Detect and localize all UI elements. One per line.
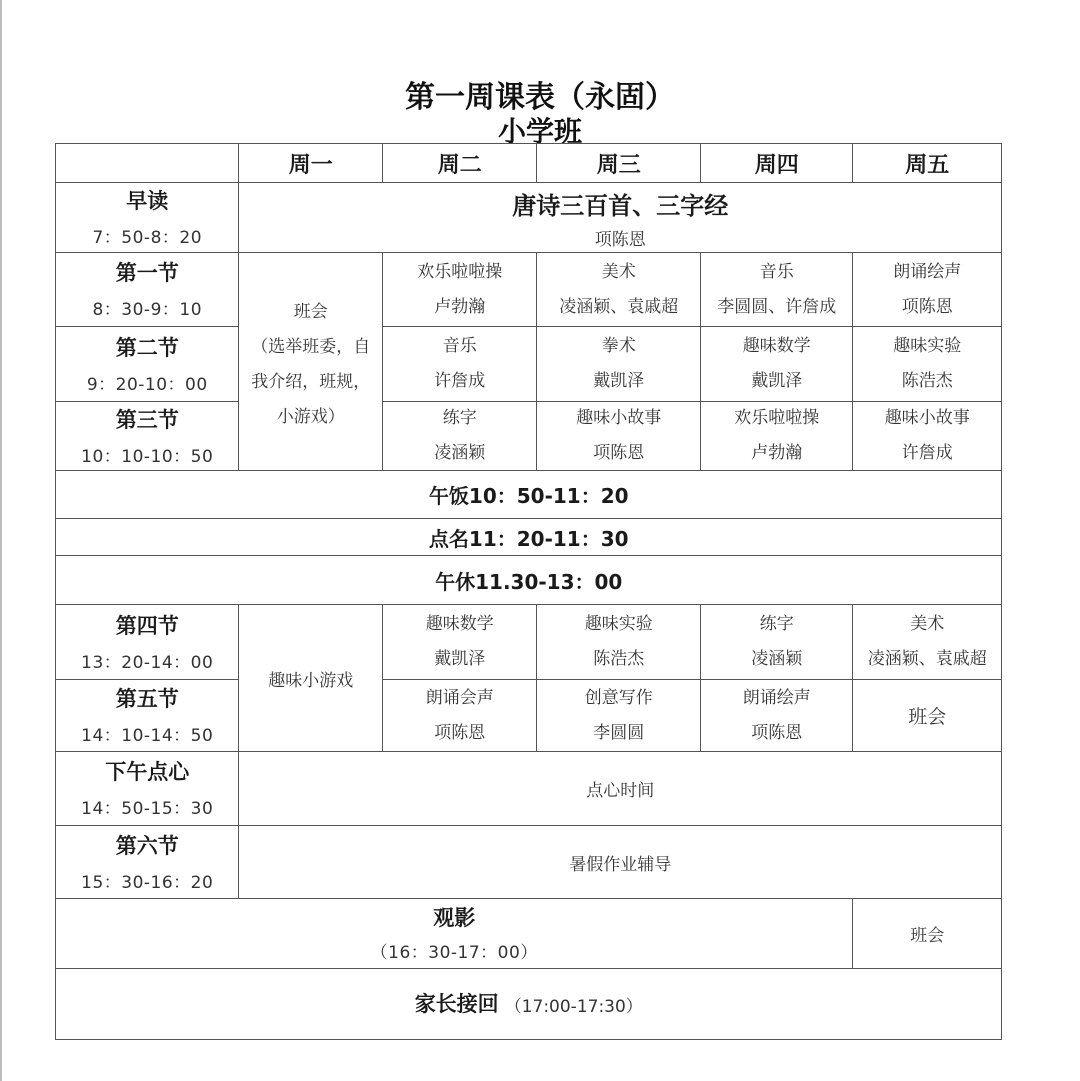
row-label-snack: 下午点心 14：50-15：30: [55, 751, 239, 826]
period-5-friday: 班会: [852, 679, 1002, 752]
snack-label: 下午点心: [105, 758, 189, 786]
morning-reading-teacher: 项陈恩: [595, 225, 646, 250]
monday-morning-line2: 我介绍，班规，: [245, 365, 376, 400]
subject: 练字: [443, 401, 477, 436]
period-1-label: 第一节: [116, 259, 179, 287]
period-5-label: 第五节: [116, 685, 179, 713]
monday-morning-title: 班会: [288, 295, 334, 330]
subject: 欢乐啦啦操: [734, 401, 819, 436]
page-edge: [0, 0, 2, 1081]
morning-reading-label: 早读: [126, 187, 168, 215]
period-4-thursday: 练字 凌涵颖: [700, 604, 853, 680]
period-4-tuesday: 趣味数学 戴凯泽: [382, 604, 537, 680]
period-3-time: 10：10-10：50: [81, 442, 213, 467]
period-2-label: 第二节: [116, 334, 179, 362]
movie-time: （16：30-17：00）: [371, 938, 538, 963]
monday-afternoon-fun-games: 趣味小游戏: [238, 604, 383, 752]
teacher: 李圆圆: [593, 716, 644, 751]
pickup-time: （17:00-17:30）: [505, 992, 643, 1017]
teacher: 项陈恩: [902, 290, 953, 325]
period-5-wednesday: 创意写作 李圆圆: [536, 679, 701, 752]
period-2-time: 9：20-10：00: [87, 370, 208, 395]
monday-morning-line1: （选举班委，自: [245, 330, 376, 365]
row-label-period-4: 第四节 13：20-14：00: [55, 604, 239, 680]
teacher: 戴凯泽: [751, 364, 802, 399]
subject: 音乐: [760, 255, 794, 290]
period-6-content: 暑假作业辅导: [238, 825, 1002, 899]
teacher: 卢勃瀚: [434, 290, 485, 325]
pickup-row: 家长接回 （17:00-17:30）: [55, 968, 1002, 1040]
period-5-tuesday: 朗诵会声 项陈恩: [382, 679, 537, 752]
movie-row: 观影 （16：30-17：00）: [55, 898, 853, 969]
header-friday: 周五: [852, 143, 1002, 183]
subject: 趣味数学: [426, 607, 494, 642]
morning-reading-time: 7：50-8：20: [92, 223, 202, 248]
period-6-label: 第六节: [116, 832, 179, 860]
period-1-time: 8：30-9：10: [92, 295, 202, 320]
period-2-friday: 趣味实验 陈浩杰: [852, 326, 1002, 402]
movie-friday-class-meeting: 班会: [852, 898, 1002, 969]
period-4-time: 13：20-14：00: [81, 648, 213, 673]
subject: 拳术: [602, 329, 636, 364]
period-1-wednesday: 美术 凌涵颖、袁戚超: [536, 252, 701, 327]
snack-time: 14：50-15：30: [81, 794, 213, 819]
row-label-period-6: 第六节 15：30-16：20: [55, 825, 239, 899]
teacher: 戴凯泽: [593, 364, 644, 399]
subject: 创意写作: [585, 681, 653, 716]
row-label-period-3: 第三节 10：10-10：50: [55, 401, 239, 471]
roll-call-row: 点名11：20-11：30: [55, 518, 1002, 556]
header-thursday: 周四: [700, 143, 853, 183]
period-2-thursday: 趣味数学 戴凯泽: [700, 326, 853, 402]
teacher: 项陈恩: [751, 716, 802, 751]
subject: 练字: [760, 607, 794, 642]
snack-content: 点心时间: [238, 751, 1002, 826]
teacher: 许詹成: [902, 436, 953, 471]
teacher: 陈浩杰: [902, 364, 953, 399]
period-1-tuesday: 欢乐啦啦操 卢勃瀚: [382, 252, 537, 327]
teacher: 项陈恩: [434, 716, 485, 751]
period-3-friday: 趣味小故事 许詹成: [852, 401, 1002, 471]
period-3-tuesday: 练字 凌涵颖: [382, 401, 537, 471]
subject: 美术: [910, 607, 944, 642]
period-5-time: 14：10-14：50: [81, 721, 213, 746]
row-label-period-5: 第五节 14：10-14：50: [55, 679, 239, 752]
subject: 音乐: [443, 329, 477, 364]
subject: 美术: [602, 255, 636, 290]
lunch-row: 午饭10：50-11：20: [55, 470, 1002, 519]
monday-morning-class-meeting: 班会 （选举班委，自 我介绍，班规， 小游戏）: [238, 252, 383, 471]
header-monday: 周一: [238, 143, 383, 183]
period-2-wednesday: 拳术 戴凯泽: [536, 326, 701, 402]
subject: 趣味小故事: [885, 401, 970, 436]
header-tuesday: 周二: [382, 143, 537, 183]
row-label-period-1: 第一节 8：30-9：10: [55, 252, 239, 327]
subject: 朗诵会声: [426, 681, 494, 716]
period-3-wednesday: 趣味小故事 项陈恩: [536, 401, 701, 471]
teacher: 凌涵颖、袁戚超: [868, 642, 987, 677]
period-3-label: 第三节: [116, 406, 179, 434]
subject: 欢乐啦啦操: [417, 255, 502, 290]
morning-reading-content: 唐诗三百首、三字经 项陈恩: [238, 182, 1002, 253]
teacher: 凌涵颖: [434, 436, 485, 471]
monday-morning-line3: 小游戏）: [271, 400, 351, 435]
period-1-thursday: 音乐 李圆圆、许詹成: [700, 252, 853, 327]
period-5-thursday: 朗诵绘声 项陈恩: [700, 679, 853, 752]
teacher: 陈浩杰: [593, 642, 644, 677]
subject: 趣味小故事: [576, 401, 661, 436]
period-4-label: 第四节: [116, 612, 179, 640]
subject: 趣味实验: [585, 607, 653, 642]
period-3-thursday: 欢乐啦啦操 卢勃瀚: [700, 401, 853, 471]
period-6-time: 15：30-16：20: [81, 868, 213, 893]
period-2-tuesday: 音乐 许詹成: [382, 326, 537, 402]
teacher: 项陈恩: [593, 436, 644, 471]
teacher: 凌涵颖: [751, 642, 802, 677]
subject: 趣味数学: [743, 329, 811, 364]
teacher: 李圆圆、许詹成: [717, 290, 836, 325]
movie-label: 观影: [433, 904, 475, 932]
row-label-period-2: 第二节 9：20-10：00: [55, 326, 239, 402]
header-wednesday: 周三: [536, 143, 701, 183]
subject: 朗诵绘声: [743, 681, 811, 716]
pickup-label: 家长接回: [415, 990, 499, 1018]
teacher: 戴凯泽: [434, 642, 485, 677]
subject: 趣味实验: [893, 329, 961, 364]
period-1-friday: 朗诵绘声 项陈恩: [852, 252, 1002, 327]
teacher: 卢勃瀚: [751, 436, 802, 471]
period-4-wednesday: 趣味实验 陈浩杰: [536, 604, 701, 680]
morning-reading-subject: 唐诗三百首、三字经: [512, 186, 728, 221]
subject: 朗诵绘声: [893, 255, 961, 290]
period-4-friday: 美术 凌涵颖、袁戚超: [852, 604, 1002, 680]
row-label-morning-reading: 早读 7：50-8：20: [55, 182, 239, 253]
nap-row: 午休11.30-13：00: [55, 555, 1002, 605]
teacher: 许詹成: [434, 364, 485, 399]
teacher: 凌涵颖、袁戚超: [559, 290, 678, 325]
header-corner: [55, 143, 239, 183]
